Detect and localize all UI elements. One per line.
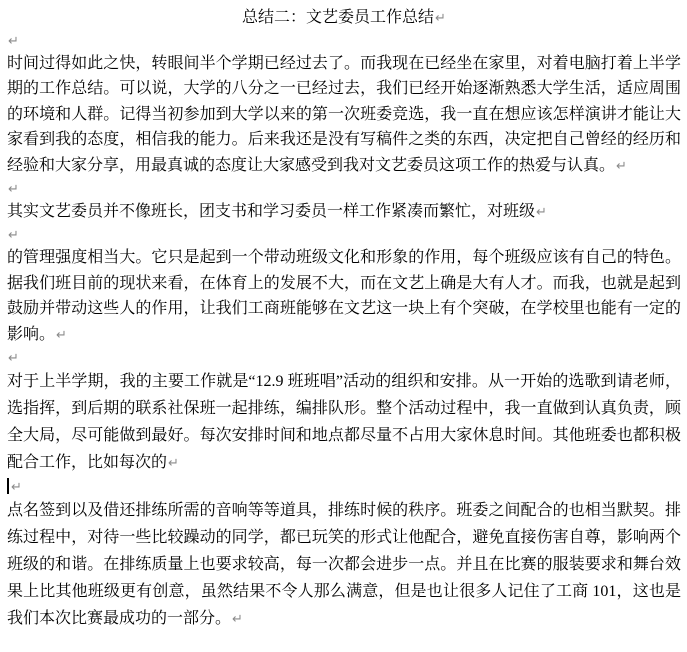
paragraph-text: 时间过得如此之快，转眼间半个学期已经过去了。而我现在已经坐在家里，对着电脑打着上…: [7, 55, 681, 174]
paragraph[interactable]: 其实文艺委员并不像班长，团支书和学习委员一样工作紧凑而繁忙，对班级↵: [7, 199, 681, 225]
empty-paragraph[interactable]: ↵: [7, 31, 681, 51]
paragraph-mark-icon: ↵: [615, 159, 627, 174]
paragraph-text: 的管理强度相当大。它只是起到一个带动班级文化和形象的作用，每个班级应该有自己的特…: [7, 249, 681, 342]
paragraph[interactable]: 时间过得如此之快，转眼间半个学期已经过去了。而我现在已经坐在家里，对着电脑打着上…: [7, 51, 681, 179]
paragraph-mark-icon: ↵: [231, 612, 243, 627]
paragraph-mark-icon: ↵: [10, 480, 22, 495]
paragraph[interactable]: 点名签到以及借还排练所需的音响等等道具，排练时候的秩序。班委之间配合的也相当默契…: [7, 497, 681, 633]
paragraph-text: 点名签到以及借还排练所需的音响等等道具，排练时候的秩序。班委之间配合的也相当默契…: [7, 502, 681, 627]
paragraph-mark-icon: ↵: [167, 456, 179, 471]
document-page: 总结二：文艺委员工作总结↵ ↵时间过得如此之快，转眼间半个学期已经过去了。而我现…: [0, 0, 687, 633]
paragraph-mark-icon: ↵: [7, 34, 19, 49]
paragraph-mark-icon: ↵: [7, 228, 19, 243]
paragraph-mark-icon: ↵: [55, 328, 67, 343]
paragraph-text: 其实文艺委员并不像班长，团支书和学习委员一样工作紧凑而繁忙，对班级: [7, 203, 535, 220]
paragraph-mark-icon: ↵: [434, 11, 446, 26]
empty-paragraph[interactable]: ↵: [7, 179, 681, 199]
document-title[interactable]: 总结二：文艺委员工作总结↵: [7, 6, 681, 31]
paragraph-mark-icon: ↵: [7, 182, 19, 197]
paragraph-mark-icon: ↵: [535, 205, 547, 220]
paragraph-mark-icon: ↵: [7, 351, 19, 366]
empty-paragraph[interactable]: ↵: [7, 225, 681, 245]
paragraph[interactable]: 对于上半学期，我的主要工作就是“12.9 班班唱”活动的组织和安排。从一开始的选…: [7, 368, 681, 477]
text-cursor: [7, 478, 9, 494]
document-title-text: 总结二：文艺委员工作总结: [242, 9, 434, 26]
document-body: ↵时间过得如此之快，转眼间半个学期已经过去了。而我现在已经坐在家里，对着电脑打着…: [7, 31, 681, 633]
empty-paragraph[interactable]: ↵: [7, 348, 681, 368]
empty-paragraph-with-cursor[interactable]: ↵: [7, 477, 681, 497]
paragraph-text: 对于上半学期，我的主要工作就是“12.9 班班唱”活动的组织和安排。从一开始的选…: [7, 373, 681, 471]
paragraph[interactable]: 的管理强度相当大。它只是起到一个带动班级文化和形象的作用，每个班级应该有自己的特…: [7, 245, 681, 348]
